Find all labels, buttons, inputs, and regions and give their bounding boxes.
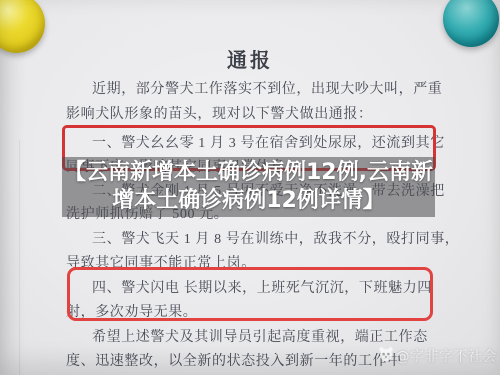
notice-line: 度、迅速整改，以全新的状态投入到新一年的工作中: [66, 350, 402, 370]
notice-title: 通报: [0, 44, 500, 73]
notice-line-dog3: 三、警犬飞天 1 月 8 号在训练中，敌我不分，殴打同事，: [92, 228, 459, 248]
panda-icon: [378, 346, 394, 366]
notice-line: 希望上述警犬及其训导员引起高度重视，端正工作态: [92, 326, 428, 346]
notice-line: 近期，部分警犬工作落实不到位，出现大吵大叫，严重: [92, 78, 442, 98]
watermark-handle: @字非字不社会: [396, 346, 498, 366]
caption-line-1: 【云南新增本土确诊病例12例,云南新: [64, 159, 433, 187]
paper-edge: [19, 140, 20, 375]
notice-photo: 通报 近期，部分警犬工作落实不到位，出现大吵大叫，严重 影响犬队形象的苗头，现对…: [0, 0, 500, 375]
notice-line: 影响犬队形象的苗头，现对以下警犬做出通报：: [66, 103, 373, 123]
caption-overlay: 【云南新增本土确诊病例12例,云南新 增本土确诊病例12例详情】: [62, 157, 435, 217]
watermark: @字非字不社会: [378, 346, 498, 366]
caption-line-2: 增本土确诊病例12例详情】: [112, 187, 385, 215]
red-highlight-box-2: [67, 267, 433, 321]
teal-magnet-pin: [443, 0, 499, 47]
